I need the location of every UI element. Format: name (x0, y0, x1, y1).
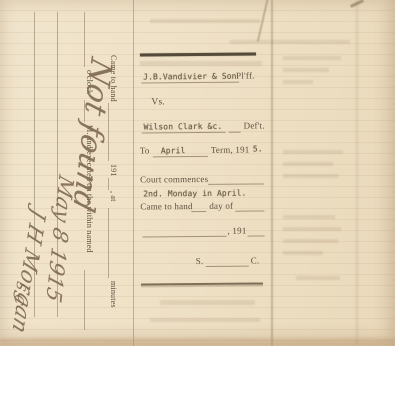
court-commences-label: Court commences (140, 174, 208, 185)
plaintiff-name: J.B.Vandivier & Son (143, 72, 236, 82)
term-line: To April Term, 191 5. (140, 142, 276, 159)
handwritten-date: May 8 1915 (41, 172, 78, 305)
bottom-heavy-rule (141, 282, 263, 285)
blank-line (206, 266, 249, 267)
date-fill-line: , 191 (140, 223, 276, 240)
term-label: Term, 191 (211, 145, 250, 155)
blank-line (153, 156, 208, 157)
blank-line (235, 210, 264, 211)
stub-at: , at (109, 191, 118, 202)
blank-line (143, 236, 227, 238)
came-to-hand-line: Came to hand day of (140, 198, 276, 215)
plaintiff-label: Pl'ff. (236, 71, 255, 81)
handwritten-initials: S C (10, 279, 28, 306)
versus-label: Vs. (151, 97, 165, 107)
blank-line (142, 132, 226, 134)
blank-line (84, 270, 85, 330)
scanned-document-screenshot: J.B.Vandivier & Son Pl'ff. Vs. Wilson Cl… (0, 0, 400, 400)
blank-line (141, 82, 239, 84)
term-to: To (140, 145, 150, 155)
blank-line (248, 235, 265, 236)
sheriff-c-label: C. (251, 255, 260, 265)
return-stub-rotated: Came to hand 191 , at minutes o'clock M.… (0, 0, 130, 345)
paper-sheet: J.B.Vandivier & Son Pl'ff. Vs. Wilson Cl… (0, 0, 395, 346)
defendant-name: Wilson Clark &c. (144, 122, 223, 132)
stub-year: 191 (109, 164, 118, 177)
day-of-label: day of (209, 201, 233, 211)
plaintiff-line: J.B.Vandivier & Son Pl'ff. (139, 68, 275, 85)
blank-line (108, 178, 109, 190)
docket-top-rule (140, 53, 256, 57)
blank-line (108, 208, 109, 278)
sheriff-signature-line: S. C. (141, 253, 277, 270)
paper-bottom-edge (0, 338, 395, 346)
year-prefix: , 191 (227, 226, 246, 236)
court-date-typed: 2nd. Monday in April. (143, 189, 246, 199)
blank-line (208, 183, 264, 184)
came-to-hand-label: Came to hand (140, 201, 192, 211)
blank-line (229, 132, 241, 133)
blank-line (191, 211, 206, 212)
defendant-label: Def't. (244, 120, 265, 130)
sheriff-s-label: S. (196, 256, 204, 266)
term-month: April (161, 146, 186, 155)
stub-minutes: minutes (109, 281, 118, 308)
defendant-line: Wilson Clark &c. Def't. (140, 118, 276, 135)
term-year: 5. (253, 144, 263, 153)
